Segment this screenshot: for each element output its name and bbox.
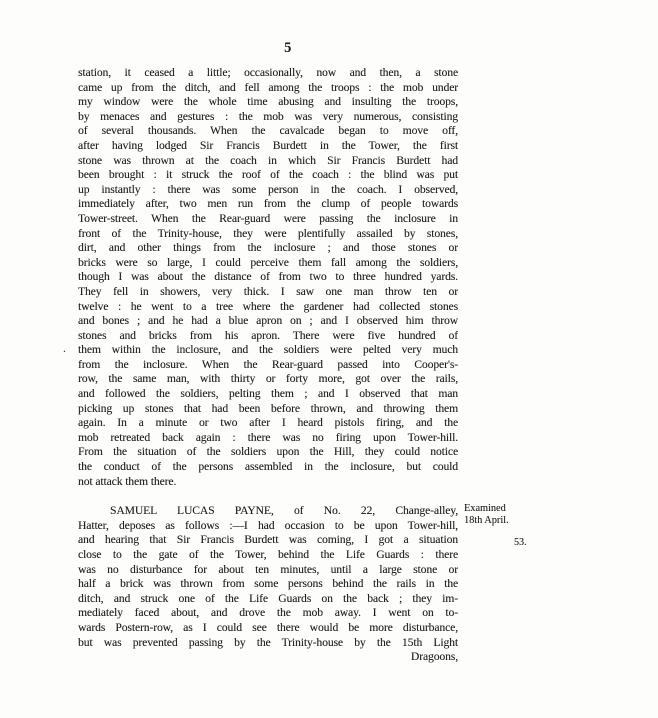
text-line: mob retreated back again : there was no … [78, 431, 458, 446]
margin-note-deponent-number: 53. [464, 537, 574, 549]
main-text-column: station, it ceased a little; occasionall… [78, 66, 458, 665]
text-line: wards Postern-row, as I could see there … [78, 621, 458, 636]
text-line: though I was about the distance of from … [78, 270, 458, 285]
text-line: after having lodged Sir Francis Burdett … [78, 139, 458, 154]
text-line: from the inclosure. When the Rear-guard … [78, 358, 458, 373]
text-line: up instantly : there was some person in … [78, 183, 458, 198]
text-line: of several thousands. When the cavalcade… [78, 124, 458, 139]
text-line: picking up stones that had been before t… [78, 402, 458, 417]
text-line: front of the Trinity-house, they were pl… [78, 227, 458, 242]
margin-notes: Examined 18th April. 53. [464, 503, 574, 549]
text-line: twelve : he went to a tree where the gar… [78, 300, 458, 315]
text-line: close to the gate of the Tower, behind t… [78, 548, 458, 563]
text-line: immediately after, two men run from the … [78, 197, 458, 212]
text-line: and bones ; and he had a blue apron on ;… [78, 314, 458, 329]
text-line: SAMUEL LUCAS PAYNE, of No. 22, Change-al… [78, 504, 458, 519]
text-line: row, the same man, with thirty or forty … [78, 372, 458, 387]
text-line: again. In a minute or two after I heard … [78, 416, 458, 431]
text-line: but was prevented passing by the Trinity… [78, 636, 458, 651]
paragraph-testimony-continuation: station, it ceased a little; occasionall… [78, 66, 458, 489]
text-line: and hearing that Sir Francis Burdett was… [78, 533, 458, 548]
text-line: them within the inclosure, and the soldi… [78, 343, 458, 358]
page-number: 5 [258, 40, 318, 57]
text-line: ditch, and struck one of the Life Guards… [78, 592, 458, 607]
text-line: From the situation of the soldiers upon … [78, 445, 458, 460]
text-line: was no disturbance for about ten minutes… [78, 563, 458, 578]
text-line: stones and bricks from his apron. There … [78, 329, 458, 344]
text-line: not attack them there. [78, 475, 458, 490]
margin-note-examined-date: 18th April. [464, 515, 574, 527]
margin-note-examined-label: Examined [464, 503, 574, 515]
scanned-document-page: 5 . station, it ceased a little; occasio… [0, 0, 658, 718]
paragraph-payne-deposition: SAMUEL LUCAS PAYNE, of No. 22, Change-al… [78, 504, 458, 665]
text-line: bricks were so large, I could perceive t… [78, 256, 458, 271]
text-line: station, it ceased a little; occasionall… [78, 66, 458, 81]
text-line: been brought : it struck the roof of the… [78, 168, 458, 183]
text-line: They fell in showers, very thick. I saw … [78, 285, 458, 300]
text-line: by menaces and gestures : the mob was ve… [78, 110, 458, 125]
text-line: Tower-street. When the Rear-guard were p… [78, 212, 458, 227]
stray-ink-mark: . [63, 342, 66, 357]
text-line: half a brick was thrown from some person… [78, 577, 458, 592]
text-line: my window were the whole time abusing an… [78, 95, 458, 110]
text-line: mediately faced about, and drove the mob… [78, 606, 458, 621]
text-line: came up from the ditch, and fell among t… [78, 81, 458, 96]
text-line: Hatter, deposes as follows :—I had occas… [78, 519, 458, 534]
text-line: and followed the soldiers, pelting them … [78, 387, 458, 402]
text-line: the conduct of the persons assembled in … [78, 460, 458, 475]
text-line: Dragoons, [78, 650, 458, 665]
text-line: dirt, and other things from the inclosur… [78, 241, 458, 256]
text-line: stone was thrown at the coach in which S… [78, 154, 458, 169]
